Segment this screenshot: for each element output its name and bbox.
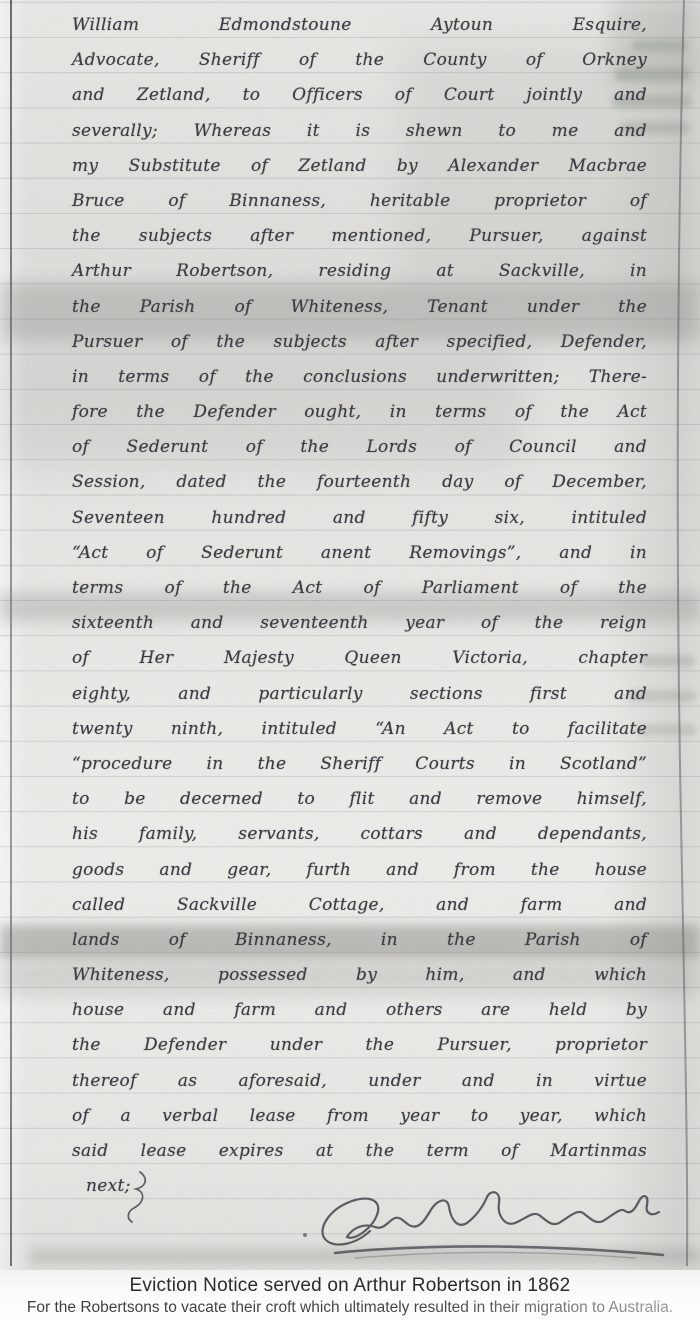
manuscript-line: severally; Whereas it is shewn to me and — [72, 114, 647, 149]
manuscript-line: “procedure in the Sheriff Courts in Scot… — [72, 747, 647, 782]
signature-dot — [303, 1233, 307, 1237]
caption-title: Eviction Notice served on Arthur Roberts… — [0, 1275, 700, 1297]
manuscript-text: William Edmondstoune Aytoun Esquire,Advo… — [72, 8, 647, 1204]
manuscript-line: William Edmondstoune Aytoun Esquire, — [72, 8, 647, 43]
manuscript-line: of Her Majesty Queen Victoria, chapter — [72, 641, 647, 676]
manuscript-line: Bruce of Binnaness, heritable proprietor… — [72, 184, 647, 219]
manuscript-line: said lease expires at the term of Martin… — [72, 1134, 647, 1169]
manuscript-line: Pursuer of the subjects after specified,… — [72, 325, 647, 360]
manuscript-line: twenty ninth, intituled “An Act to facil… — [72, 712, 647, 747]
manuscript-line: of Sederunt of the Lords of Council and — [72, 430, 647, 465]
manuscript-line: of a verbal lease from year to year, whi… — [72, 1099, 647, 1134]
manuscript-line: the Defender under the Pursuer, propriet… — [72, 1028, 647, 1063]
manuscript-line: sixteenth and seventeenth year of the re… — [72, 606, 647, 641]
caption-subtitle: For the Robertsons to vacate their croft… — [0, 1299, 700, 1317]
manuscript-line: the Parish of Whiteness, Tenant under th… — [72, 290, 647, 325]
manuscript-line: the subjects after mentioned, Pursuer, a… — [72, 219, 647, 254]
manuscript-line: to be decerned to flit and remove himsel… — [72, 782, 647, 817]
manuscript-line: Arthur Robertson, residing at Sackville,… — [72, 254, 647, 289]
manuscript-line: his family, servants, cottars and depend… — [72, 817, 647, 852]
manuscript-line: house and farm and others are held by — [72, 993, 647, 1028]
manuscript-line: Session, dated the fourteenth day of Dec… — [72, 465, 647, 500]
manuscript-line: terms of the Act of Parliament of the — [72, 571, 647, 606]
manuscript-line: thereof as aforesaid, under and in virtu… — [72, 1064, 647, 1099]
caption-area: Eviction Notice served on Arthur Roberts… — [0, 1270, 700, 1323]
manuscript-line: and Zetland, to Officers of Court jointl… — [72, 78, 647, 113]
manuscript-line: “Act of Sederunt anent Removings”, and i… — [72, 536, 647, 571]
manuscript-line: called Sackville Cottage, and farm and — [72, 888, 647, 923]
signature — [295, 1183, 680, 1268]
manuscript-line: eighty, and particularly sections first … — [72, 677, 647, 712]
manuscript-line: fore the Defender ought, in terms of the… — [72, 395, 647, 430]
manuscript-line: Seventeen hundred and fifty six, intitul… — [72, 501, 647, 536]
manuscript-line: Whiteness, possessed by him, and which — [72, 958, 647, 993]
paragraph-end-flourish — [120, 1170, 154, 1226]
manuscript-line: in terms of the conclusions underwritten… — [72, 360, 647, 395]
manuscript-line: Advocate, Sheriff of the County of Orkne… — [72, 43, 647, 78]
screenshot-root: { "manuscript": { "lines": [ "William Ed… — [0, 0, 700, 1323]
manuscript-line: my Substitute of Zetland by Alexander Ma… — [72, 149, 647, 184]
manuscript-line: goods and gear, furth and from the house — [72, 853, 647, 888]
manuscript-line: lands of Binnaness, in the Parish of — [72, 923, 647, 958]
